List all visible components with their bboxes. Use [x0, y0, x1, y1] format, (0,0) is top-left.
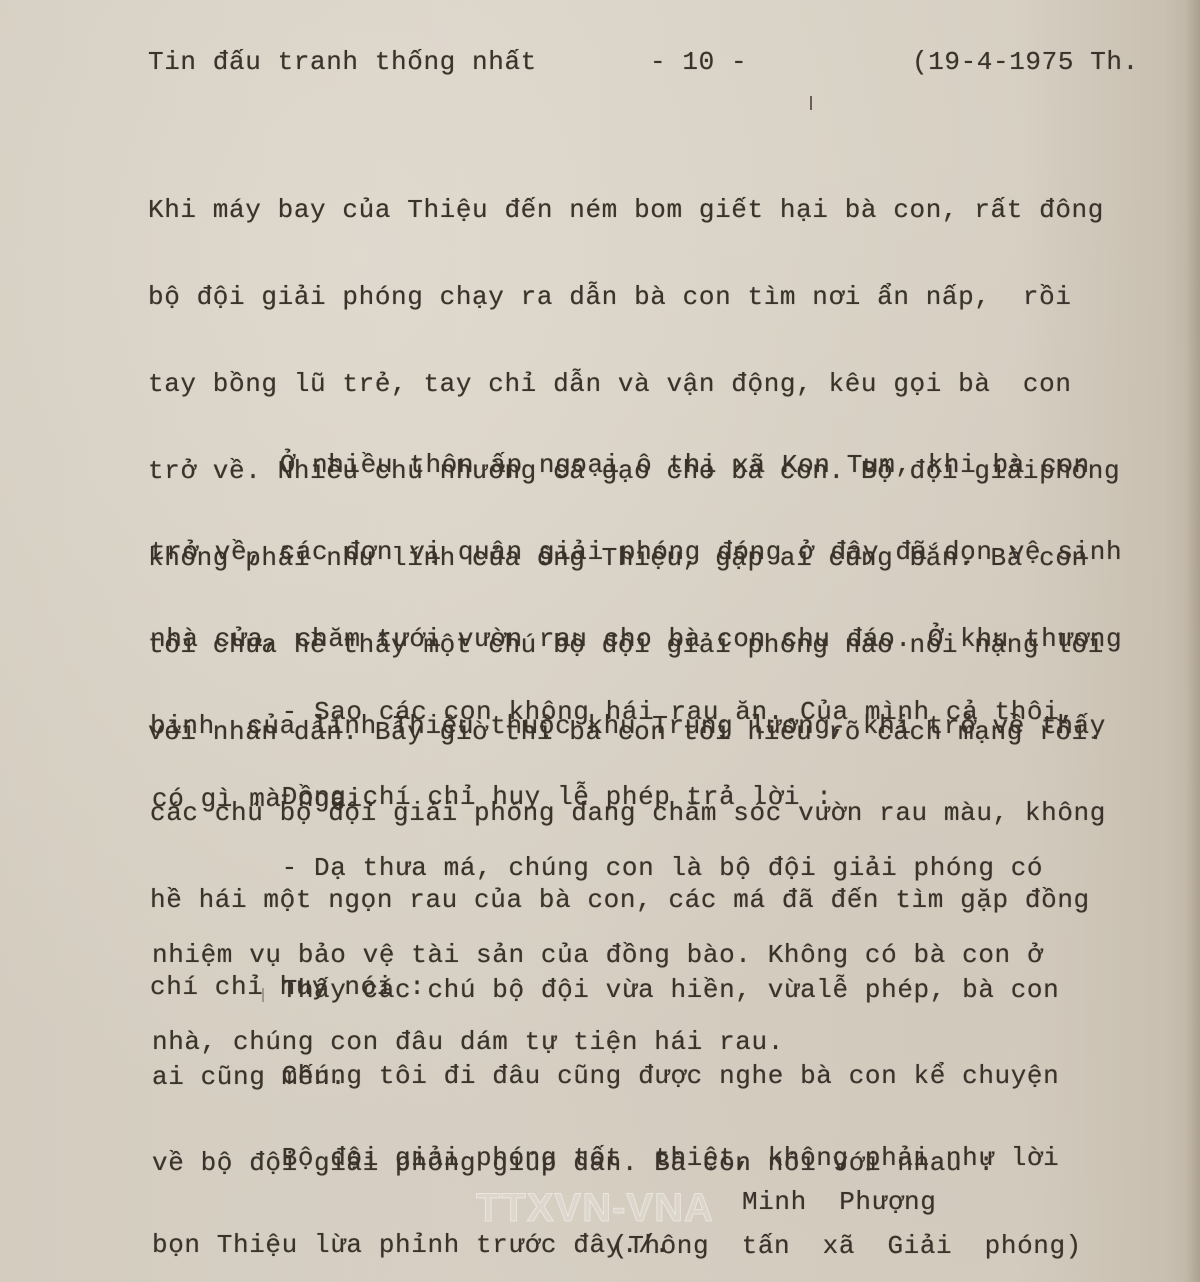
publication-title: Tin đấu tranh thống nhất: [148, 48, 537, 77]
text-line: - Sao các con không hái rau ăn. Của mình…: [152, 698, 1076, 727]
agency-credit: (Thông tấn xã Giải phóng): [612, 1232, 1082, 1261]
text-line: bộ đội giải phóng chạy ra dẫn bà con tìm…: [148, 283, 1120, 312]
paper-edge-shadow: [1186, 0, 1200, 1282]
text-line: Ở nhiều thôn ấp ngoại ô thị xã Kon Tum, …: [150, 451, 1122, 480]
stray-mark: [810, 96, 812, 110]
text-line: Khi máy bay của Thiệu đến ném bom giết h…: [148, 196, 1120, 225]
text-line: Thấy các chú bộ đội vừa hiền, vừalễ phép…: [152, 976, 1059, 1005]
text-line: - Dạ thưa má, chúng con là bộ đội giải p…: [152, 854, 1043, 883]
agency-watermark: TTXVN-VNA: [476, 1186, 714, 1231]
text-line: trở về, các đơn vị quân giải phóng đóng …: [150, 538, 1122, 567]
author-signature: Minh Phượng: [742, 1188, 936, 1217]
document-date: (19-4-1975 Th.: [912, 48, 1139, 77]
text-line: Bộ đội giải phóng tốt thiệt, không phải …: [152, 1144, 1059, 1173]
page-number: - 10 -: [650, 48, 747, 77]
